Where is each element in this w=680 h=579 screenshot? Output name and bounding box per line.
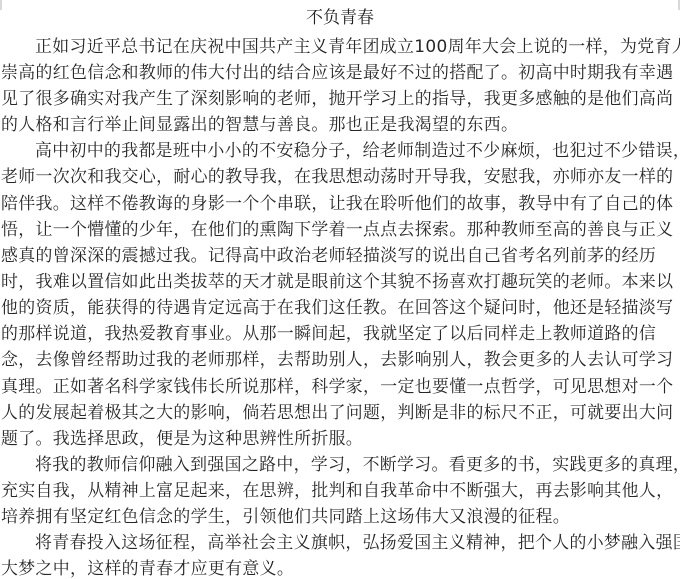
paragraph-1-line-4: 的人格和言行举止间显露出的智慧与善良。那也正是我渴望的东西。 bbox=[1, 111, 679, 137]
paragraph-2-line-4: 悟，让一个懵懂的少年，在他们的熏陶下学着一点点去探索。那种教师至高的善良与正义 bbox=[1, 216, 679, 242]
paragraph-3-line-1: 将我的教师信仰融入到强国之路中，学习，不断学习。看更多的书，实践更多的真理， bbox=[1, 451, 680, 477]
paragraph-2-line-7: 他的资质，能获得的待遇肯定远高于在我们这任教。在回答这个疑问时，他还是轻描淡写 bbox=[1, 294, 679, 320]
paragraph-2-line-12: 题了。我选择思政，便是为这种思辨性所折服。 bbox=[1, 425, 679, 451]
paragraph-2-line-9: 念，去像曾经帮助过我的老师那样，去帮助别人，去影响别人，教会更多的人去认可学习 bbox=[1, 346, 679, 372]
paragraph-1-line-1: 正如习近平总书记在庆祝中国共产主义青年团成立100周年大会上说的一样，为党育人。 bbox=[1, 33, 680, 59]
paragraph-1-line-3: 见了很多确实对我产生了深刻影响的老师，抛开学习上的指导，我更多感触的是他们高尚 bbox=[1, 85, 679, 111]
paragraph-2-line-1: 高中初中的我都是班中小小的不安稳分子，给老师制造过不少麻烦，也犯过不少错误， bbox=[1, 137, 680, 163]
paragraph-2-line-10: 真理。正如著名科学家钱伟长所说那样，科学家，一定也要懂一点哲学，可见思想对一个 bbox=[1, 373, 679, 399]
paragraph-2-line-8: 的那样说道，我热爱教育事业。从那一瞬间起，我就坚定了以后同样走上教师道路的信 bbox=[1, 320, 679, 346]
paragraph-2-line-6: 时，我难以置信如此出类拔萃的天才就是眼前这个其貌不扬喜欢打趣玩笑的老师。本来以 bbox=[1, 268, 679, 294]
paragraph-3-line-3: 培养拥有坚定红色信念的学生，引领他们共同踏上这场伟大又浪漫的征程。 bbox=[1, 503, 679, 529]
essay-title: 不负青春 bbox=[0, 6, 680, 30]
paragraph-3-line-2: 充实自我，从精神上富足起来，在思辨，批判和自我革命中不断强大，再去影响其他人， bbox=[1, 477, 679, 503]
paragraph-1-line-2: 崇高的红色信念和教师的伟大付出的结合应该是最好不过的搭配了。初高中时期我有幸遇 bbox=[1, 59, 679, 85]
essay-document: 不负青春 正如习近平总书记在庆祝中国共产主义青年团成立100周年大会上说的一样，… bbox=[0, 0, 680, 579]
paragraph-2-line-11: 人的发展起着极其之大的影响，倘若思想出了问题，判断是非的标尺不正，可就要出大问 bbox=[1, 399, 679, 425]
paragraph-4-line-2: 大梦之中，这样的青春才应更有意义。 bbox=[1, 555, 679, 579]
paragraph-2-line-5: 感真的曾深深的震撼过我。记得高中政治老师轻描淡写的说出自己省考名列前茅的经历 bbox=[1, 242, 679, 268]
paragraph-4-line-1: 将青春投入这场征程，高举社会主义旗帜，弘扬爱国主义精神，把个人的小梦融入强国 bbox=[1, 529, 680, 555]
paragraph-2-line-2: 老师一次次和我交心，耐心的教导我，在我思想动荡时开导我，安慰我，亦师亦友一样的 bbox=[1, 163, 679, 189]
paragraph-2-line-3: 陪伴我。这样不倦教诲的身影一个个串联，让我在聆听他们的故事，教导中有了自己的体 bbox=[1, 190, 679, 216]
